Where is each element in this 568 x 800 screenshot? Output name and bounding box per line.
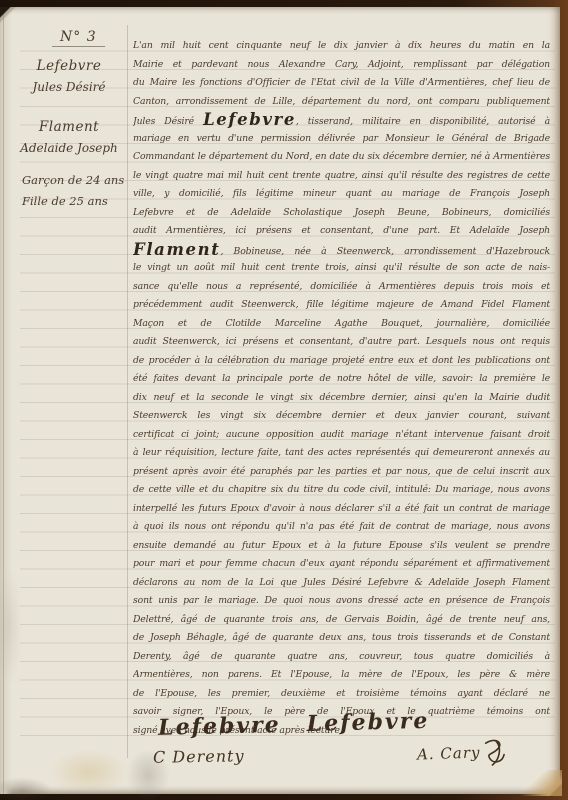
signature-pere-epoux: Lefebvre: [306, 708, 429, 737]
bride-age-note: Fille de 25 ans: [22, 191, 137, 212]
groom-given-names: Jules Désiré: [14, 77, 124, 98]
act-line: déclarons au nom de la Loi que Jules Dés…: [133, 574, 550, 593]
signature-flourish-icon: [481, 736, 508, 767]
act-line: certificat ci joint; aucune opposition a…: [133, 426, 550, 445]
act-line: présent après avoir été paraphés par les…: [133, 463, 550, 482]
act-line: de Joseph Béhagle, âgé de quarante deux …: [133, 629, 550, 648]
margin-column: N° 3 Lefebvre Jules Désiré Flament Adela…: [14, 7, 124, 794]
act-line: de procéder à la célébration du mariage …: [133, 352, 550, 371]
margin-ages-note: Garçon de 24 ans Fille de 25 ans: [22, 170, 137, 212]
bride-surname: Flament: [14, 117, 124, 138]
surname-emphasis: Flament: [133, 241, 220, 259]
surname-emphasis: Lefebvre: [203, 111, 296, 129]
bride-given-names: Adelaide Joseph: [14, 138, 124, 159]
act-line: de cette ville et du chapitre six du tit…: [133, 481, 550, 500]
act-number: N° 3: [52, 29, 105, 47]
margin-groom-name: Lefebvre Jules Désiré: [14, 56, 124, 98]
act-line: Mairie et pardevant nous Alexandre Cary,…: [133, 56, 550, 75]
act-line: Armentières, non parens. Et l'Epouse, la…: [133, 666, 550, 685]
page-curl: [516, 770, 562, 796]
act-line: pour mari et pour femme chacun d'eux aya…: [133, 555, 550, 574]
act-line: Flament, Bobineuse, née à Steenwerck, ar…: [133, 241, 550, 260]
act-line: à leur réquisition, lecture faite, tant …: [133, 444, 550, 463]
act-line: Steenwerck les vingt six décembre dernie…: [133, 407, 550, 426]
act-line: du Maire les fonctions d'Officier de l'E…: [133, 74, 550, 93]
act-line: audit Steenwerck, ici présens et consent…: [133, 333, 550, 352]
scan-background: { "colors": { "paper": "#e9e4d8", "ink":…: [0, 0, 568, 800]
margin-bride-name: Flament Adelaide Joseph: [14, 117, 124, 159]
act-body: L'an mil huit cent cinquante neuf le dix…: [133, 37, 550, 740]
act-line: Derenty, âgé de quarante quatre ans, cou…: [133, 648, 550, 667]
act-line: le vingt quatre mai mil huit cent trente…: [133, 167, 550, 186]
signature-cary: A. Cary: [416, 736, 508, 769]
act-line: mariage en vertu d'une permission délivr…: [133, 130, 550, 149]
groom-surname: Lefebvre: [14, 56, 124, 77]
act-line: Jules Désiré Lefebvre, tisserand, milita…: [133, 111, 550, 130]
signature-cary-text: A. Cary: [416, 743, 480, 763]
groom-age-note: Garçon de 24 ans: [22, 170, 137, 191]
act-line: sance qu'elle nous a représenté, domicil…: [133, 278, 550, 297]
act-line: dix neuf et la seconde le vingt six déce…: [133, 389, 550, 408]
signature-epoux: Lefebvre: [158, 712, 281, 741]
ledger-page: N° 3 Lefebvre Jules Désiré Flament Adela…: [0, 7, 560, 794]
act-line: Canton, arrondissement de Lille, départe…: [133, 93, 550, 112]
margin-rule-line: [127, 25, 128, 758]
act-line: ensuite demandé au futur Epoux et à la f…: [133, 537, 550, 556]
act-line: Commandant le département du Nord, en da…: [133, 148, 550, 167]
signature-derenty: C Derenty: [153, 746, 245, 767]
act-line: Delettré, âgé de quarante trois ans, de …: [133, 611, 550, 630]
act-line: de l'Epouse, les premier, deuxième et tr…: [133, 685, 550, 704]
act-line: sont unis par le mariage. De quoi nous a…: [133, 592, 550, 611]
act-line: interpellé les futurs Epoux d'avoir à no…: [133, 500, 550, 519]
act-line: précédemment audit Steenwerck, fille lég…: [133, 296, 550, 315]
page-left-edge: [0, 7, 12, 794]
act-line: Maçon et de Clotilde Marceline Agathe Bo…: [133, 315, 550, 334]
act-line: audit Armentières, ici présens et consen…: [133, 222, 550, 241]
act-line: le vingt un août mil huit cent trente tr…: [133, 259, 550, 278]
act-line: ville, y domicilié, fils légitime mineur…: [133, 185, 550, 204]
act-line: été faites devant la principale porte de…: [133, 370, 550, 389]
act-line: Lefebvre et de Adelaïde Scholastique Jos…: [133, 204, 550, 223]
act-line: L'an mil huit cent cinquante neuf le dix…: [133, 37, 550, 56]
act-line: à quoi ils nous ont répondu qu'il n'a pa…: [133, 518, 550, 537]
